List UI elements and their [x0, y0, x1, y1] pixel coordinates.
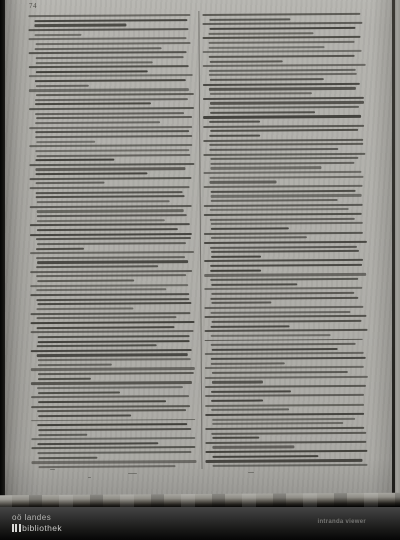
text-column-right [202, 13, 368, 470]
logo-text-line2: bibliothek [22, 524, 62, 533]
logo-bars-icon [12, 524, 21, 532]
viewer-footer-bar: oö landes bibliothek intranda viewer [0, 507, 400, 540]
ink-speck [128, 473, 137, 474]
column-divider [198, 11, 202, 469]
text-column-left [28, 14, 196, 471]
viewer-product-label: intranda viewer [317, 519, 366, 525]
ink-speck [88, 477, 91, 478]
viewer-stage: 74 oö landes bibliothek intranda viewer [0, 0, 400, 540]
library-logo[interactable]: oö landes bibliothek [12, 514, 62, 532]
ink-speck [248, 472, 254, 473]
page-text-block [3, 0, 393, 498]
adjacent-page-edge [395, 0, 400, 497]
scanned-page[interactable]: 74 [5, 0, 392, 497]
logo-text-line1: oö landes [12, 514, 62, 522]
